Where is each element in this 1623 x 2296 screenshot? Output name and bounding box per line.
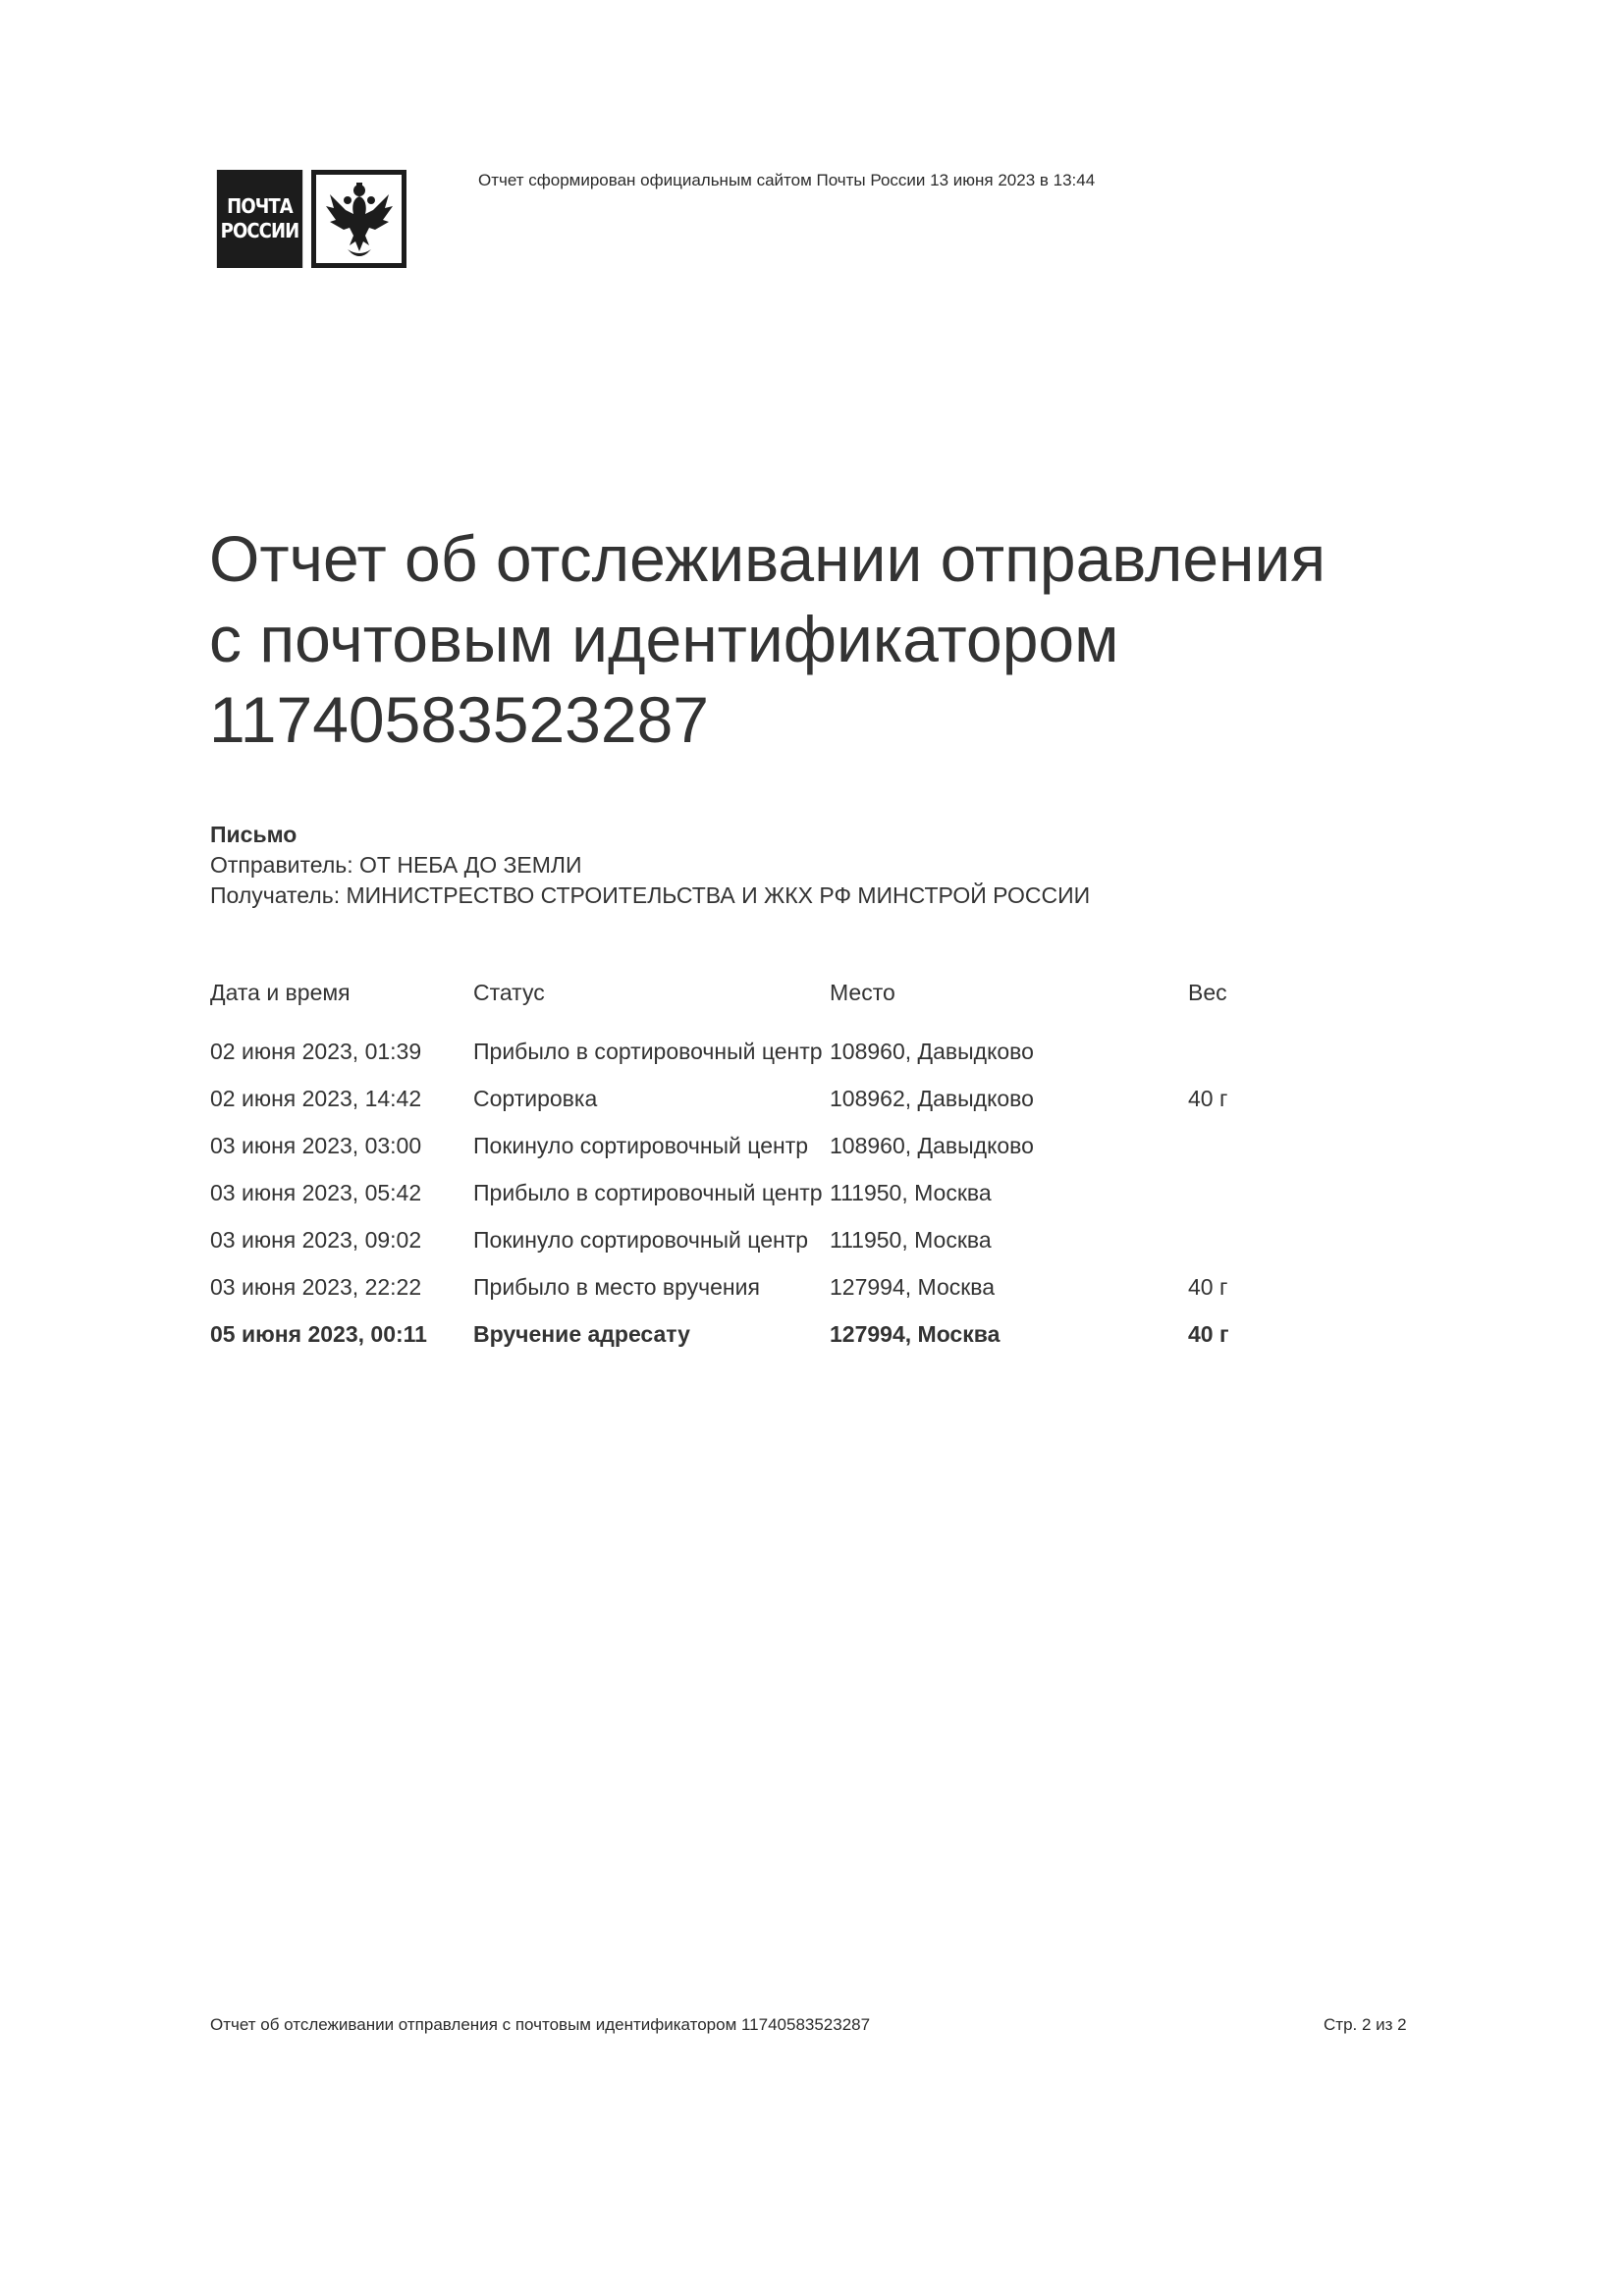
cell-weight bbox=[1188, 1219, 1267, 1266]
cell-status: Прибыло в сортировочный центр bbox=[473, 1031, 830, 1078]
column-header-weight: Вес bbox=[1188, 972, 1267, 1031]
cell-datetime: 03 июня 2023, 22:22 bbox=[210, 1266, 473, 1313]
cell-status: Покинуло сортировочный центр bbox=[473, 1125, 830, 1172]
table-row-final-delivery: 05 июня 2023, 00:11 Вручение адресату 12… bbox=[210, 1313, 1267, 1361]
table-header-row: Дата и время Статус Место Вес bbox=[210, 972, 1267, 1031]
tracking-history-table: Дата и время Статус Место Вес 02 июня 20… bbox=[210, 972, 1267, 1361]
cell-datetime: 03 июня 2023, 05:42 bbox=[210, 1172, 473, 1219]
title-line-1: Отчет об отслеживании отправления bbox=[209, 518, 1486, 599]
table-row: 03 июня 2023, 05:42 Прибыло в сортировоч… bbox=[210, 1172, 1267, 1219]
cell-datetime: 05 июня 2023, 00:11 bbox=[210, 1313, 473, 1361]
column-header-datetime: Дата и время bbox=[210, 972, 473, 1031]
cell-weight bbox=[1188, 1172, 1267, 1219]
table-row: 02 июня 2023, 14:42 Сортировка 108962, Д… bbox=[210, 1078, 1267, 1125]
cell-place: 108960, Давыдково bbox=[830, 1125, 1188, 1172]
cell-place: 108962, Давыдково bbox=[830, 1078, 1188, 1125]
cell-place: 127994, Москва bbox=[830, 1313, 1188, 1361]
cell-weight bbox=[1188, 1031, 1267, 1078]
report-generated-note: Отчет сформирован официальным сайтом Поч… bbox=[478, 171, 1095, 190]
cell-place: 111950, Москва bbox=[830, 1219, 1188, 1266]
double-headed-eagle-icon bbox=[311, 170, 406, 268]
logo-wordmark: ПОЧТА РОССИИ bbox=[217, 170, 302, 268]
pochta-rossii-logo: ПОЧТА РОССИИ bbox=[212, 170, 410, 268]
column-header-status: Статус bbox=[473, 972, 830, 1031]
cell-status: Покинуло сортировочный центр bbox=[473, 1219, 830, 1266]
table-row: 03 июня 2023, 22:22 Прибыло в место вруч… bbox=[210, 1266, 1267, 1313]
cell-place: 108960, Давыдково bbox=[830, 1031, 1188, 1078]
shipment-kind: Письмо bbox=[210, 820, 1090, 850]
cell-weight: 40 г bbox=[1188, 1078, 1267, 1125]
cell-status: Сортировка bbox=[473, 1078, 830, 1125]
tracking-number: 11740583523287 bbox=[209, 679, 1486, 760]
cell-weight bbox=[1188, 1125, 1267, 1172]
cell-place: 111950, Москва bbox=[830, 1172, 1188, 1219]
footer-report-title: Отчет об отслеживании отправления с почт… bbox=[210, 2015, 870, 2035]
logo-line-2: РОССИИ bbox=[221, 219, 299, 243]
cell-status: Прибыло в место вручения bbox=[473, 1266, 830, 1313]
cell-status: Вручение адресату bbox=[473, 1313, 830, 1361]
table-row: 02 июня 2023, 01:39 Прибыло в сортировоч… bbox=[210, 1031, 1267, 1078]
cell-datetime: 03 июня 2023, 03:00 bbox=[210, 1125, 473, 1172]
table-row: 03 июня 2023, 03:00 Покинуло сортировочн… bbox=[210, 1125, 1267, 1172]
column-header-place: Место bbox=[830, 972, 1188, 1031]
page-title: Отчет об отслеживании отправления с почт… bbox=[209, 518, 1486, 760]
sender: Отправитель: ОТ НЕБА ДО ЗЕМЛИ bbox=[210, 850, 1090, 881]
cell-status: Прибыло в сортировочный центр bbox=[473, 1172, 830, 1219]
cell-place: 127994, Москва bbox=[830, 1266, 1188, 1313]
cell-weight: 40 г bbox=[1188, 1313, 1267, 1361]
page-number: Стр. 2 из 2 bbox=[1324, 2015, 1407, 2035]
title-line-2: с почтовым идентификатором bbox=[209, 599, 1486, 679]
cell-datetime: 02 июня 2023, 01:39 bbox=[210, 1031, 473, 1078]
table-row: 03 июня 2023, 09:02 Покинуло сортировочн… bbox=[210, 1219, 1267, 1266]
cell-datetime: 02 июня 2023, 14:42 bbox=[210, 1078, 473, 1125]
recipient: Получатель: МИНИСТРЕСТВО СТРОИТЕЛЬСТВА И… bbox=[210, 881, 1090, 911]
shipment-info: Письмо Отправитель: ОТ НЕБА ДО ЗЕМЛИ Пол… bbox=[210, 820, 1090, 911]
cell-weight: 40 г bbox=[1188, 1266, 1267, 1313]
logo-line-1: ПОЧТА bbox=[227, 194, 293, 219]
cell-datetime: 03 июня 2023, 09:02 bbox=[210, 1219, 473, 1266]
